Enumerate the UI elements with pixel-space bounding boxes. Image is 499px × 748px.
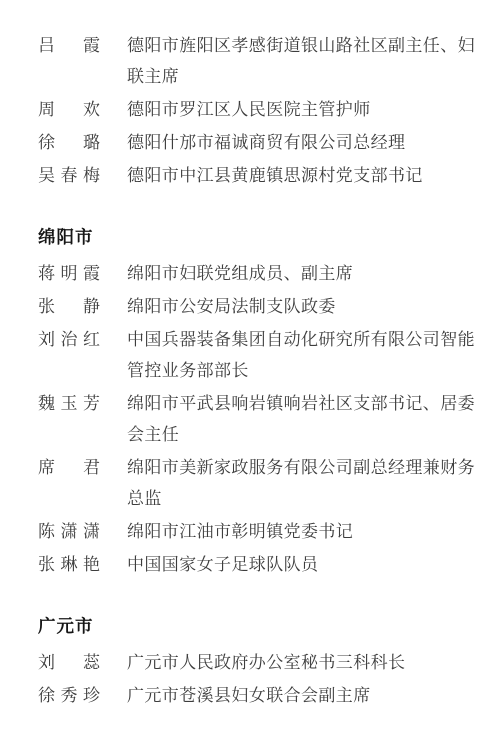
person-title: 绵阳市平武县响岩镇响岩社区支部书记、居委会主任 [127, 388, 489, 450]
person-name: 周欢 [38, 94, 100, 125]
person-name: 席君 [38, 452, 100, 483]
person-name: 蒋明霞 [38, 258, 100, 289]
person-name: 吕霞 [38, 30, 100, 61]
list-item: 张静 绵阳市公安局法制支队政委 [38, 291, 499, 322]
list-item: 席君 绵阳市美新家政服务有限公司副总经理兼财务总监 [38, 452, 499, 514]
person-name: 徐璐 [38, 127, 100, 158]
list-item: 吴春梅 德阳市中江县黄鹿镇思源村党支部书记 [38, 160, 499, 191]
person-title: 绵阳市妇联党组成员、副主席 [127, 258, 489, 289]
person-name: 吴春梅 [38, 160, 100, 191]
person-name: 刘蕊 [38, 647, 100, 678]
person-name: 张琳艳 [38, 549, 100, 580]
person-title: 德阳市旌阳区孝感街道银山路社区副主任、妇联主席 [127, 30, 489, 92]
list-item: 刘治红 中国兵器装备集团自动化研究所有限公司智能管控业务部部长 [38, 324, 499, 386]
person-name: 陈潇潇 [38, 516, 100, 547]
city-section: 广元市 刘蕊 广元市人民政府办公室秘书三科科长 徐秀珍 广元市苍溪县妇女联合会副… [38, 611, 499, 711]
list-item: 蒋明霞 绵阳市妇联党组成员、副主席 [38, 258, 499, 289]
list-item: 周欢 德阳市罗江区人民医院主管护师 [38, 94, 499, 125]
person-title: 中国国家女子足球队队员 [127, 549, 489, 580]
person-title: 德阳什邡市福诚商贸有限公司总经理 [127, 127, 489, 158]
person-title: 绵阳市江油市彰明镇党委书记 [127, 516, 489, 547]
list-item: 吕霞 德阳市旌阳区孝感街道银山路社区副主任、妇联主席 [38, 30, 499, 92]
list-item: 徐秀珍 广元市苍溪县妇女联合会副主席 [38, 680, 499, 711]
section-entries: 吕霞 德阳市旌阳区孝感街道银山路社区副主任、妇联主席 周欢 德阳市罗江区人民医院… [38, 30, 499, 191]
section-entries: 蒋明霞 绵阳市妇联党组成员、副主席 张静 绵阳市公安局法制支队政委 刘治红 中国… [38, 258, 499, 580]
section-header-city: 绵阳市 [38, 222, 499, 253]
document-page: 吕霞 德阳市旌阳区孝感街道银山路社区副主任、妇联主席 周欢 德阳市罗江区人民医院… [0, 0, 499, 748]
person-title: 广元市人民政府办公室秘书三科科长 [127, 647, 489, 678]
city-section: 吕霞 德阳市旌阳区孝感街道银山路社区副主任、妇联主席 周欢 德阳市罗江区人民医院… [38, 30, 499, 191]
person-title: 绵阳市美新家政服务有限公司副总经理兼财务总监 [127, 452, 489, 514]
person-title: 绵阳市公安局法制支队政委 [127, 291, 489, 322]
list-item: 徐璐 德阳什邡市福诚商贸有限公司总经理 [38, 127, 499, 158]
list-item: 刘蕊 广元市人民政府办公室秘书三科科长 [38, 647, 499, 678]
person-title: 德阳市中江县黄鹿镇思源村党支部书记 [127, 160, 489, 191]
person-title: 德阳市罗江区人民医院主管护师 [127, 94, 489, 125]
list-item: 魏玉芳 绵阳市平武县响岩镇响岩社区支部书记、居委会主任 [38, 388, 499, 450]
person-name: 刘治红 [38, 324, 100, 355]
list-item: 张琳艳 中国国家女子足球队队员 [38, 549, 499, 580]
section-entries: 刘蕊 广元市人民政府办公室秘书三科科长 徐秀珍 广元市苍溪县妇女联合会副主席 [38, 647, 499, 711]
list-item: 陈潇潇 绵阳市江油市彰明镇党委书记 [38, 516, 499, 547]
person-title: 广元市苍溪县妇女联合会副主席 [127, 680, 489, 711]
section-header-city: 广元市 [38, 611, 499, 642]
city-section: 绵阳市 蒋明霞 绵阳市妇联党组成员、副主席 张静 绵阳市公安局法制支队政委 刘治… [38, 222, 499, 580]
award-list: 吕霞 德阳市旌阳区孝感街道银山路社区副主任、妇联主席 周欢 德阳市罗江区人民医院… [38, 30, 499, 711]
person-name: 魏玉芳 [38, 388, 100, 419]
person-title: 中国兵器装备集团自动化研究所有限公司智能管控业务部部长 [127, 324, 489, 386]
person-name: 张静 [38, 291, 100, 322]
person-name: 徐秀珍 [38, 680, 100, 711]
